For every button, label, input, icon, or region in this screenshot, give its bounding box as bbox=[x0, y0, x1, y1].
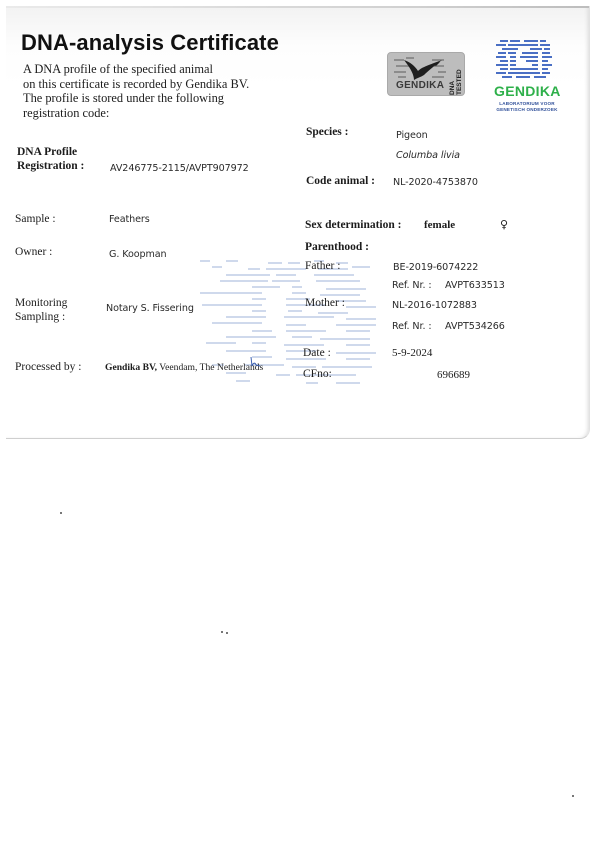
father-label: Father : bbox=[305, 259, 340, 273]
stamp-brand: GENDIKA bbox=[396, 80, 444, 91]
dna-g-icon bbox=[496, 38, 552, 80]
mother-ref-label: Ref. Nr. : bbox=[392, 321, 432, 332]
species-latin-value: Columba livia bbox=[396, 150, 460, 161]
processed-by-company: Gendika BV, bbox=[105, 362, 157, 373]
code-animal-label: Code animal : bbox=[306, 174, 375, 188]
mother-label: Mother : bbox=[305, 296, 345, 310]
mother-value: NL-2016-1072883 bbox=[392, 300, 477, 311]
registration-label-line: DNA Profile bbox=[17, 145, 84, 159]
intro-line: The profile is stored under the followin… bbox=[23, 91, 283, 106]
sample-label: Sample : bbox=[15, 212, 56, 226]
species-common-value: Pigeon bbox=[396, 130, 428, 141]
monitoring-label-line: Monitoring bbox=[15, 296, 67, 310]
lab-logo-subtitle: LABORATORIUM VOOR GENETISCH ONDERZOEK bbox=[494, 101, 560, 113]
parenthood-label: Parenthood : bbox=[305, 240, 369, 254]
registration-label: DNA Profile Registration : bbox=[17, 145, 84, 173]
intro-line: registration code: bbox=[23, 106, 283, 121]
bird-icon bbox=[402, 56, 444, 82]
sample-value: Feathers bbox=[109, 214, 150, 225]
intro-line: on this certificate is recorded by Gendi… bbox=[23, 77, 283, 92]
father-ref-label: Ref. Nr. : bbox=[392, 280, 432, 291]
date-label: Date : bbox=[303, 346, 331, 360]
monitoring-label-line: Sampling : bbox=[15, 310, 67, 324]
sex-label: Sex determination : bbox=[305, 218, 401, 232]
owner-value: G. Koopman bbox=[109, 249, 166, 260]
female-symbol-icon: ♀ bbox=[500, 218, 508, 231]
sex-value: female bbox=[424, 219, 455, 231]
father-value: BE-2019-6074222 bbox=[393, 262, 478, 273]
processed-by-label: Processed by : bbox=[15, 360, 81, 374]
owner-label: Owner : bbox=[15, 245, 52, 259]
intro-text: A DNA profile of the specified animal on… bbox=[23, 62, 283, 120]
father-ref-value: AVPT633513 bbox=[445, 280, 505, 291]
monitoring-label: Monitoring Sampling : bbox=[15, 296, 67, 324]
signature-mark bbox=[248, 356, 262, 370]
registration-value: AV246775-2115/AVPT907972 bbox=[110, 163, 249, 174]
species-label: Species : bbox=[306, 125, 348, 139]
registration-label-line: Registration : bbox=[17, 159, 84, 173]
cfno-value: 696689 bbox=[437, 369, 470, 381]
dna-tested-stamp: GENDIKA DNA TESTED bbox=[387, 52, 465, 96]
monitoring-value: Notary S. Fissering bbox=[106, 303, 194, 314]
certificate-title: DNA-analysis Certificate bbox=[21, 30, 279, 56]
lab-subtitle-line: GENETISCH ONDERZOEK bbox=[494, 107, 560, 113]
cfno-label: CFno: bbox=[303, 367, 332, 381]
stamp-tag: DNA TESTED bbox=[449, 56, 463, 95]
scan-edge bbox=[6, 6, 589, 8]
mother-ref-value: AVPT534266 bbox=[445, 321, 505, 332]
date-value: 5-9-2024 bbox=[392, 347, 432, 359]
processed-by-value: Gendika BV, Veendam, The Netherlands bbox=[105, 362, 263, 373]
lab-logo-name: GENDIKA bbox=[494, 83, 561, 99]
code-animal-value: NL-2020-4753870 bbox=[393, 177, 478, 188]
intro-line: A DNA profile of the specified animal bbox=[23, 62, 283, 77]
